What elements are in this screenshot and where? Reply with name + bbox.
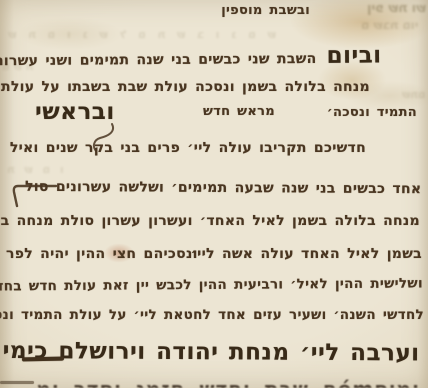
closing-verse-large: וערבה ליי׳ מנחת יהודה וירושלם כימי עולם: [0, 338, 420, 367]
bleed-through-text: ת ש ם ו: [4, 163, 64, 176]
initial-word-uvyom: וביום: [327, 42, 382, 68]
line-filler-hook: [10, 183, 58, 209]
verse-line-rc-1: חדשיכם תקריבו עולה ליי׳ פרים בני בקר שני…: [10, 140, 366, 156]
bleed-through-text: ןיפ שת וש: [367, 1, 426, 16]
bleed-through-text: שתם: [402, 88, 426, 101]
section-heading-shabbat-musaf: ובשבת מוספין: [221, 3, 310, 18]
cutoff-next-line: ומוסémם שבת וחדש םזמנ וסדר ומוספ שב: [38, 377, 420, 388]
verse-line-rc-6: לחדשי השנה׳ ושעיר עזים אחד לחטאת ליי׳ על…: [0, 307, 424, 323]
verse-line-rc-3: מנחה בלולה בשמן לאיל האחד׳ ועשרון עשרון …: [0, 213, 420, 229]
verse-line-rc-4-left: ונסכיהם חצי ההין יהיה לפר: [6, 246, 198, 262]
verse-line-rc-2: אחד כבשים בני שנה שבעה תמימים׳ ושלשה עשר…: [25, 179, 421, 197]
bleed-dash: [0, 381, 34, 384]
verse-line-rc-4-right: בשמן לאיל האחד עולה אשה ליי׳: [191, 246, 422, 262]
section-heading-rosh-chodesh: מראש חדש: [203, 104, 275, 119]
verse-line-shabbat-end: התמיד ונסכה׳: [327, 105, 417, 120]
manuscript-page: ןיפ שת וש ם שבת םוי ש ת ם ו נ ש ל ם ת ש …: [0, 0, 428, 388]
bleed-through-text: ש ת ם ו נ ש ל ם ת ש ב ו נ ם ש: [4, 28, 276, 41]
bleed-through-text: ם שבת םוי: [361, 18, 418, 32]
verse-line-rc-5: ושלישית ההין לאיל׳ ורביעית ההין לכבש יין…: [0, 275, 423, 294]
verse-line-shabbat-1: וביום השבת שני כבשים בני שנה תמימים ושני…: [0, 42, 382, 71]
verse-text: השבת שני כבשים בני שנה תמימים ושני עשרונ…: [0, 51, 317, 70]
verse-line-shabbat-2: מנחה בלולה בשמן ונסכה עולת שבת בשבתו על …: [1, 79, 370, 95]
